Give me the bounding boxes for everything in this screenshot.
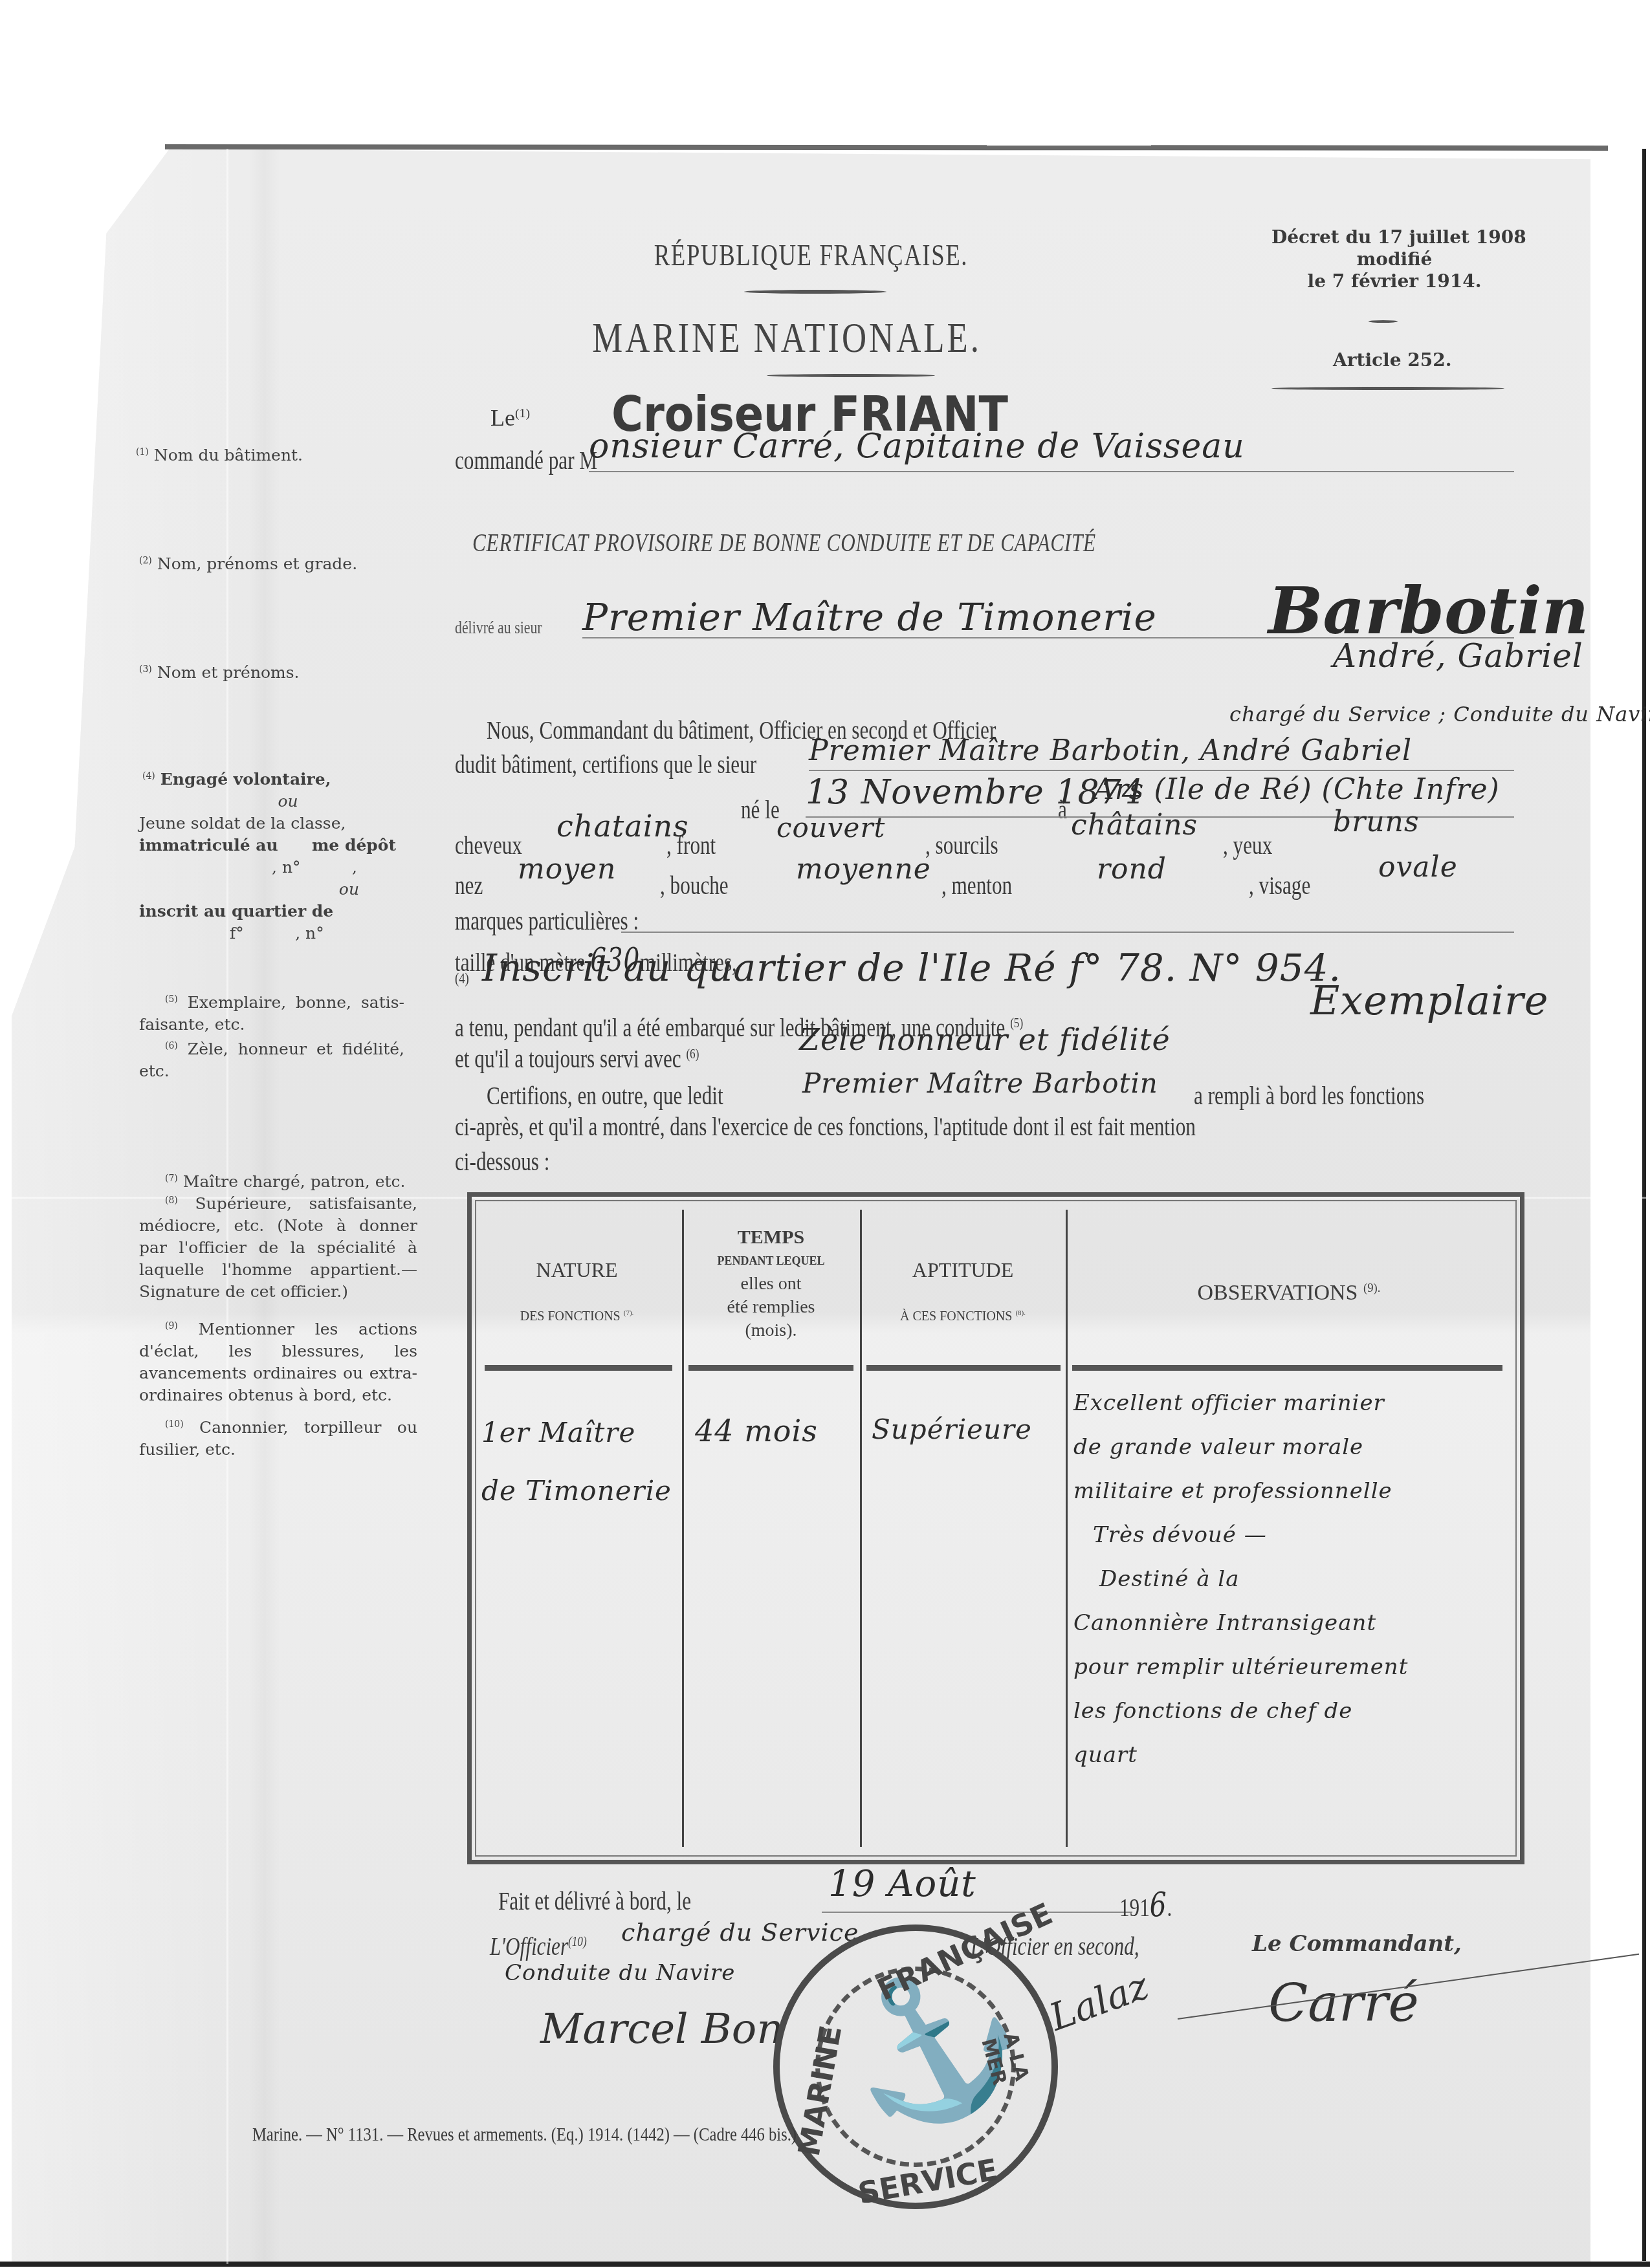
forehead-value: couvert [776, 812, 885, 844]
header-rule [485, 1365, 672, 1371]
certify-text-3: ci-après, et qu'il a montré, dans l'exer… [455, 1111, 1196, 1142]
officer-service-handwritten: chargé du Service [621, 1918, 859, 1946]
republique-heading: RÉPUBLIQUE FRANÇAISE. [654, 238, 968, 272]
nose-label: nez [455, 870, 483, 900]
inscription-handwritten: Inscrit au quartier de l'Ile Ré f° 78. N… [482, 946, 1341, 990]
margin-note-6: (6) Zèle, honneur et fidélité, etc. [139, 1035, 404, 1082]
mouth-value: moyenne [796, 853, 931, 886]
conduct-value: Exemplaire [1310, 977, 1548, 1024]
commander-name-handwritten: onsieur Carré, Capitaine de Vaisseau [589, 427, 1245, 466]
officer-signature: Marcel Bon [540, 2005, 784, 2053]
marine-service-seal: ⚓ FRANÇAISE MARINE SERVICE A LA MER [773, 1925, 1058, 2209]
certify-handwritten: Premier Maître Barbotin [802, 1067, 1158, 1099]
officer-service-handwritten-2: Conduite du Navire [505, 1960, 735, 1986]
decree-line-2: modifié [1271, 248, 1517, 270]
made-label: Fait et délivré à bord, le [498, 1886, 691, 1916]
chin-label: , menton [941, 870, 1012, 900]
commander-label: Le Commandant, [1252, 1931, 1462, 1957]
cell-nature-line2: de Timonerie [481, 1475, 672, 1507]
header-rule [1072, 1365, 1502, 1371]
chin-value: rond [1097, 853, 1167, 886]
article-number: Article 252. [1333, 349, 1452, 371]
certify-text-4: ci-dessous : [455, 1146, 549, 1177]
recipient-rank-handwritten: Premier Maître de Timonerie [582, 595, 1157, 639]
margin-note-10: (10) Canonnier, torpilleur ou fusilier, … [139, 1413, 417, 1461]
fill-line [582, 637, 1514, 638]
scan-bottom-edge [0, 2262, 1650, 2267]
marks-label: marques particulières : [455, 906, 639, 936]
recipient-firstnames-handwritten: André, Gabriel [1333, 637, 1583, 675]
cell-temps: 44 mois [695, 1413, 818, 1448]
margin-note-1: (1) Nom du bâtiment. [136, 441, 303, 466]
decree-block: Décret du 17 juillet 1908 modifié le 7 f… [1271, 226, 1517, 292]
nose-value: moyen [518, 853, 616, 886]
decree-line-3: le 7 février 1914. [1271, 270, 1517, 292]
eyebrows-value: châtains [1071, 809, 1198, 842]
header-rule [688, 1365, 853, 1371]
fill-line [809, 770, 1514, 771]
certificate-title: CERTIFICAT PROVISOIRE DE BONNE CONDUITE … [472, 527, 1096, 558]
forehead-label: , front [666, 830, 716, 860]
eyes-label: , yeux [1223, 830, 1272, 860]
margin-note-3: (3) Nom et prénoms. [139, 659, 300, 684]
ornament-divider [744, 290, 886, 294]
ornament-divider-2 [767, 374, 935, 377]
face-value: ovale [1378, 851, 1458, 884]
inscription-note: (4) [455, 970, 469, 988]
year-label: 1916. [1119, 1886, 1172, 1925]
fill-line [621, 932, 1514, 933]
header-rule [866, 1365, 1061, 1371]
article-underline [1271, 387, 1504, 390]
subject-handwritten: Premier Maître Barbotin, André Gabriel [809, 734, 1412, 767]
header-nature: NATURE DES FONCTIONS (7). [472, 1258, 682, 1324]
cell-aptitude: Supérieure [872, 1413, 1032, 1445]
print-reference: Marine. — N° 1131. — Revues et armements… [252, 2124, 797, 2146]
officer-label: L'Officier(10) [490, 1931, 587, 1961]
header-aptitude: APTITUDE À CES FONCTIONS (8). [860, 1258, 1066, 1324]
certify-text-1: Certifions, en outre, que ledit [487, 1080, 723, 1111]
header-observations: OBSERVATIONS (9). [1066, 1281, 1512, 1305]
eyes-value: bruns [1333, 805, 1419, 838]
paper-top-edge [165, 144, 1608, 151]
margin-note-5: (5) Exemplaire, bonne, satis-faisante, e… [139, 988, 404, 1036]
header-temps: TEMPS PENDANT LEQUEL elles ont été rempl… [682, 1226, 860, 1342]
cell-observations: Excellent officier marinier de grande va… [1073, 1381, 1408, 1777]
margin-note-8: (8) Supérieure, satisfaisante, médiocre,… [139, 1190, 417, 1303]
birth-place-handwritten: Ars (Ile de Ré) (Chte Infre) [1094, 773, 1500, 806]
served-text: et qu'il a toujours servi avec (6) [455, 1043, 699, 1074]
made-date-handwritten: 19 Août [828, 1863, 976, 1905]
officer-service-handwritten: chargé du Service ; Conduite du Navire [1229, 702, 1650, 726]
commanded-by-label: commandé par M [455, 445, 597, 475]
cell-nature-line1: 1er Maître [481, 1417, 635, 1448]
marine-heading: MARINE NATIONALE. [592, 314, 982, 363]
certify-text-2: a rempli à bord les fonctions [1194, 1080, 1424, 1111]
functions-table: NATURE DES FONCTIONS (7). TEMPS PENDANT … [467, 1192, 1524, 1864]
at-label: à [1058, 794, 1067, 825]
mouth-label: , bouche [660, 870, 729, 900]
margin-note-2: (2) Nom, prénoms et grade. [139, 550, 357, 575]
decree-line-1: Décret du 17 juillet 1908 [1271, 226, 1517, 248]
face-label: , visage [1249, 870, 1310, 900]
decree-dash [1369, 320, 1398, 323]
fill-line [589, 471, 1514, 472]
scan-right-edge [1642, 149, 1646, 2261]
delivered-label: délivré au sieur [455, 618, 542, 638]
eyebrows-label: , sourcils [925, 830, 998, 860]
served-value: Zèle honneur et fidélité [799, 1022, 1171, 1057]
fill-line [822, 1912, 1132, 1913]
born-label: né le [741, 794, 780, 825]
hair-label: cheveux [455, 830, 522, 860]
margin-note-9: (9) Mentionner les actions d'éclat, les … [139, 1315, 417, 1406]
margin-note-4: (4) Engagé volontaire, ou Jeune soldat d… [139, 765, 411, 944]
le-label: Le(1) [490, 404, 530, 431]
dudit-text: dudit bâtiment, certifions que le sieur [455, 749, 756, 780]
